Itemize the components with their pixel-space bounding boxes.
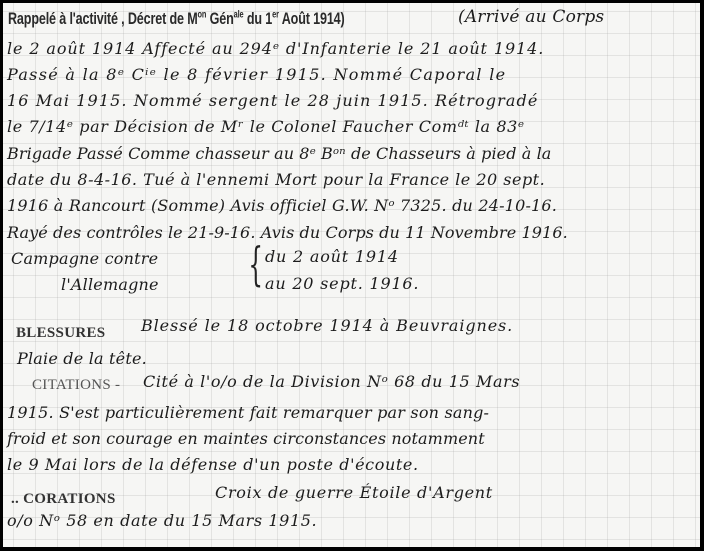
citation-line: Cité à l'o/o de la Division Nᵒ 68 du 15 … [143,372,520,391]
citation-line: 1915. S'est particulièrement fait remarq… [7,403,489,422]
service-line: Brigade Passé Comme chasseur au 8ᵉ Bᵒⁿ d… [7,144,551,163]
campaign-from: du 2 août 1914 [265,247,399,266]
decoration-line: o/o Nᵒ 58 en date du 15 Mars 1915. [7,511,317,530]
document-page: Rappelé à l'activité , Décret de Mon Gén… [0,0,704,551]
service-line: le 7/14ᵉ par Décision de Mʳ le Colonel F… [7,117,525,136]
record-sheet: Rappelé à l'activité , Décret de Mon Gén… [3,3,700,547]
service-line: 16 Mai 1915. Nommé sergent le 28 juin 19… [7,91,538,110]
header-text-part: Gén [206,9,233,28]
wounds-label: BLESSURES [16,325,105,342]
wounds-line: Blessé le 18 octobre 1914 à Beuvraignes. [141,316,513,335]
service-line: date du 8-4-16. Tué à l'ennemi Mort pour… [7,170,545,189]
campaign-label-1: Campagne contre [11,249,158,268]
service-line: le 2 août 1914 Affecté au 294ᵉ d'Infante… [7,39,544,58]
header-text-part: Rappelé à l'activité , Décret de M [8,9,198,28]
service-line: Rayé des contrôles le 21-9-16. Avis du C… [7,223,568,242]
header-sup: er [272,9,279,20]
printed-header: Rappelé à l'activité , Décret de Mon Gén… [8,9,345,29]
service-line: Passé à la 8ᵉ Cⁱᵉ le 8 février 1915. Nom… [7,65,506,84]
citation-line: le 9 Mai lors de la défense d'un poste d… [7,455,419,474]
citations-label: CITATIONS - [32,377,120,394]
citation-line: froid et son courage en maintes circonst… [7,429,485,448]
header-text-part: du 1 [244,9,273,28]
campaign-label-2: l'Allemagne [61,275,159,294]
campaign-to: au 20 sept. 1916. [265,274,419,293]
service-line: 1916 à Rancourt (Somme) Avis officiel G.… [7,196,557,215]
header-sup: ale [234,9,244,20]
header-handwritten: (Arrivé au Corps [458,7,604,27]
wounds-line: Plaie de la tête. [17,349,147,368]
header-text-part: Août 1914) [279,9,345,28]
brace-icon: { [248,241,263,287]
decoration-line: Croix de guerre Étoile d'Argent [215,483,493,502]
decorations-label: .. CORATIONS [11,491,116,508]
header-sup: on [198,9,207,20]
